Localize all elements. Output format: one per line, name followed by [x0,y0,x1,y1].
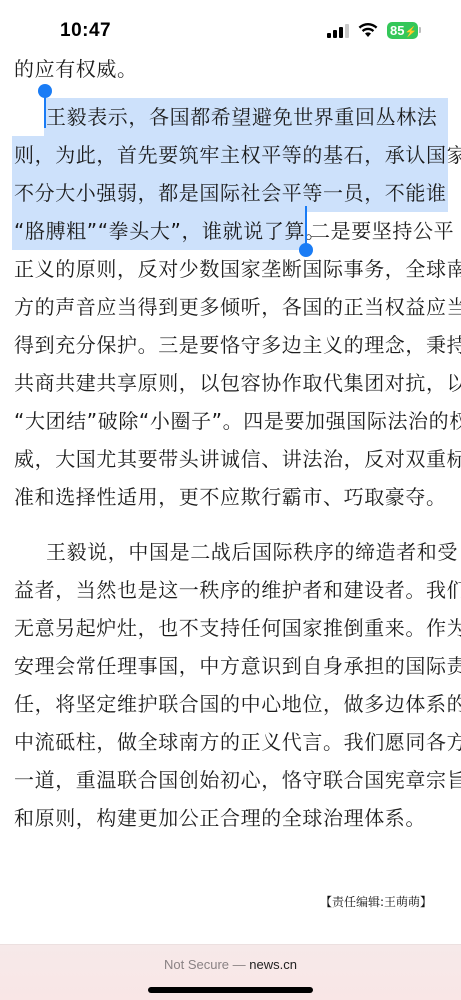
paragraph-2-line[interactable]: 和原则，构建更加公正合理的全球治理体系。 [14,799,426,837]
url-label[interactable]: Not Secure — news.cn [0,957,461,972]
selection-end-handle[interactable] [299,243,313,257]
paragraph-2-line[interactable]: 中流砥柱，做全球南方的正义代言。我们愿同各方 [14,723,461,761]
paragraph-1-line[interactable]: “大团结”破除“小圈子”。四是要加强国际法治的权 [14,402,461,440]
paragraph-2-line[interactable]: 无意另起炉灶，也不支持任何国家推倒重来。作为 [14,609,461,647]
paragraph-2-line[interactable]: 一道，重温联合国创始初心，恪守联合国宪章宗旨 [14,761,461,799]
paragraph-1-line[interactable]: 不分大小强弱，都是国际社会平等一员，不能谁 [14,174,447,212]
battery-percent: 85 [390,23,404,38]
paragraph-2-line[interactable]: 任，将坚定维护联合国的中心地位，做多边体系的 [14,685,461,723]
home-indicator[interactable] [148,987,313,993]
paragraph-1-line[interactable]: 正义的原则，反对少数国家垄断国际事务，全球南 [14,250,461,288]
battery-icon: 85⚡ [387,22,418,39]
selection-start-caret [44,96,46,128]
paragraph-2-line[interactable]: 王毅说，中国是二战后国际秩序的缔造者和受 [46,533,458,571]
browser-address-bar[interactable]: Not Secure — news.cn [0,944,461,1000]
paragraph-1-line[interactable]: 准和选择性适用，更不应欺行霸市、巧取豪夺。 [14,478,447,516]
battery-tip [419,27,421,33]
paragraph-1-line[interactable]: 得到充分保护。三是要恪守多边主义的理念，秉持 [14,326,461,364]
paragraph-2-line[interactable]: 益者，当然也是这一秩序的维护者和建设者。我们 [14,571,461,609]
paragraph-1-line[interactable]: 王毅表示，各国都希望避免世界重回丛林法 [46,98,437,136]
paragraph-1-line[interactable]: 方的声音应当得到更多倾听，各国的正当权益应当 [14,288,461,326]
paragraph-1-line[interactable]: 则，为此，首先要筑牢主权平等的基石，承认国家 [14,136,461,174]
status-bar: 10:47 85⚡ [0,0,461,56]
paragraph-1-line[interactable]: 二是要坚持公平 [310,212,454,250]
paragraph-2-line[interactable]: 安理会常任理事国，中方意识到自身承担的国际责 [14,647,461,685]
editor-credit: 【责任编辑:王萌萌】 [320,893,432,910]
cellular-signal-icon [327,25,349,38]
security-status: Not Secure — [164,957,246,972]
status-time: 10:47 [60,20,111,42]
selection-end-caret [305,206,307,246]
wifi-icon [358,22,378,38]
paragraph-1-line[interactable]: 共商共建共享原则，以包容协作取代集团对抗，以 [14,364,461,402]
paragraph-1-line[interactable]: “胳膊粗”“拳头大”，谁就说了算。 [14,212,326,250]
domain-name: news.cn [249,957,297,972]
paragraph-1-line[interactable]: 威，大国尤其要带头讲诚信、讲法治，反对双重标 [14,440,461,478]
